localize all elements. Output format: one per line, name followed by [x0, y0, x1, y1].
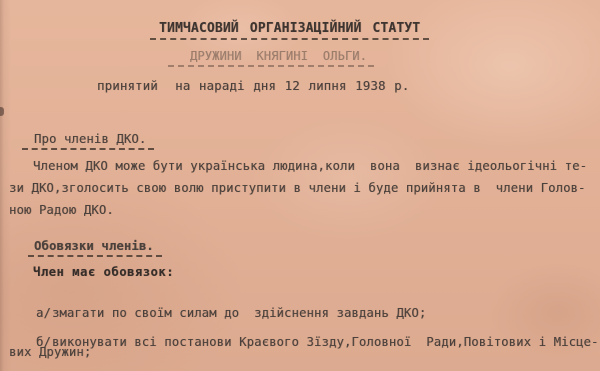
scanned-document-page: ТИМЧАСОВИЙ ОРГАНІЗАЦІЙНИЙ СТАТУТ ДРУЖИНИ… [0, 0, 600, 371]
members-paragraph-line: Членом ДКО може бути українська людина,к… [33, 159, 587, 173]
list-marker-a: а/ [36, 306, 51, 320]
section-heading-members: Про членів ДКО. [22, 132, 154, 150]
duty-item-b-continuation: вих Дружин; [9, 345, 91, 359]
document-title: ТИМЧАСОВИЙ ОРГАНІЗАЦІЙНИЙ СТАТУТ [150, 21, 429, 40]
members-paragraph-line: ною Радою ДКО. [9, 203, 114, 217]
adoption-date-line: принятий на нараді дня 12 липня 1938 р. [97, 78, 409, 93]
members-paragraph-line: зи ДКО,зголосить свою волю приступити в … [9, 181, 586, 195]
duty-item-b-text: виконувати всі постанови Краєвого Зїзду,… [52, 335, 599, 349]
duties-subheading: Член має обовязок: [33, 265, 174, 279]
duty-item-b: б/виконувати всі постанови Краєвого Зїзд… [6, 321, 599, 363]
section-heading-duties: Обовязки членів. [28, 239, 162, 257]
document-subtitle-organization: ДРУЖИНИ КНЯГИНІ ОЛЬГИ. [168, 49, 374, 67]
edge-ink-mark [0, 107, 4, 116]
duty-item-a-text: змагати по своїм силам до здійснення зав… [52, 306, 426, 320]
